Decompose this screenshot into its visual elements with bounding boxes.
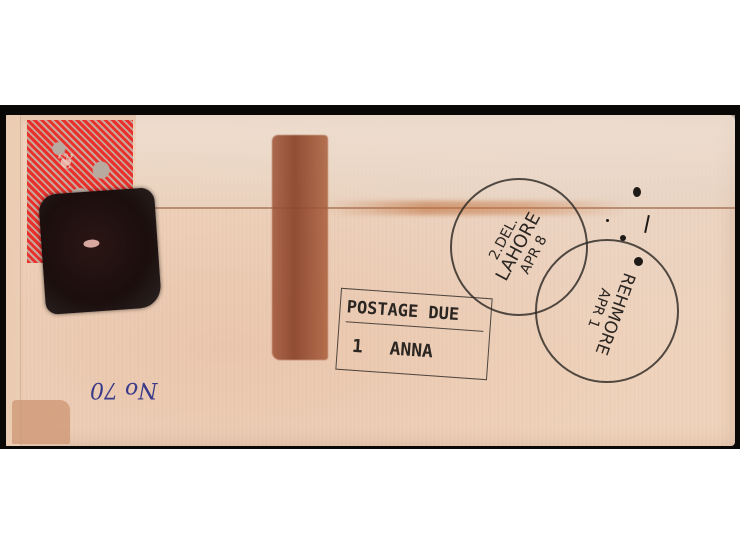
ink-dot — [634, 257, 643, 266]
ink-dot — [620, 235, 626, 241]
ink-dot — [606, 219, 609, 222]
envelope-flap — [136, 115, 735, 209]
envelope-left-edge — [6, 115, 21, 446]
ink-dot — [633, 187, 641, 197]
brown-stain-strip — [272, 135, 328, 360]
stamp-cancellation — [38, 187, 162, 315]
corner-stain — [12, 400, 70, 444]
postage-due-amount: 1 ANNA — [351, 336, 433, 363]
postmark-second-text: REHMORE APR 1 — [577, 265, 637, 357]
postmark-second: REHMORE APR 1 — [535, 239, 679, 383]
ink-mark — [644, 215, 650, 233]
stamp-ornament-icon: ❦ — [57, 150, 77, 175]
postage-due-label: POSTAGE DUE — [346, 297, 485, 332]
envelope: ❦ POSTAGE DUE 1 ANNA 2.DEL. LAHORE APR 8… — [6, 115, 735, 446]
postage-due-cachet: POSTAGE DUE 1 ANNA — [335, 288, 492, 380]
handwritten-note: No 70 — [90, 377, 157, 402]
